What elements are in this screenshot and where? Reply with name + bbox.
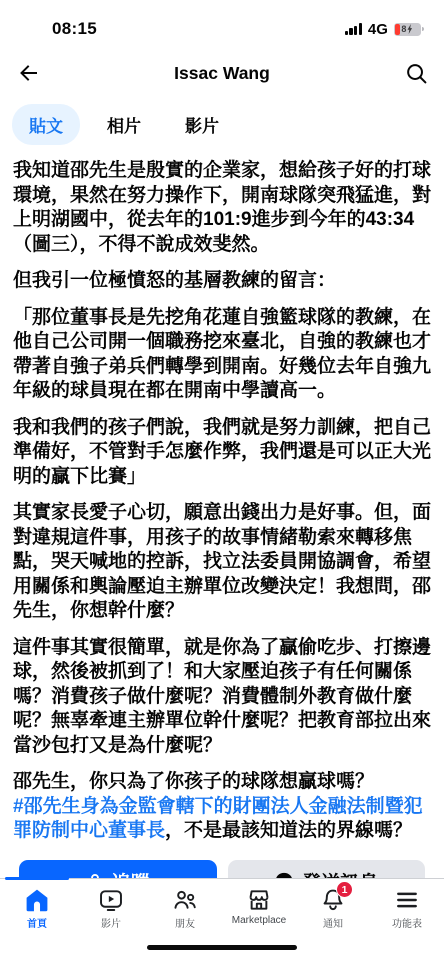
post-paragraph: 但我引一位極憤怒的基層教練的留言： [13,269,431,294]
nav-label-home: 首頁 [27,915,47,930]
nav-label-video: 影片 [101,915,121,930]
nav-label-menu: 功能表 [392,915,422,930]
home-indicator[interactable] [147,945,297,950]
post-final-paragraph: 邵先生，你只為了你孩子的球隊想贏球嗎？ #邵先生身為金監會轄下的財團法人金融法制… [13,770,431,844]
hamburger-menu-icon [394,886,421,913]
post-paragraph: 這件事其實很簡單，就是你為了贏偷吃步、打擦邊球，然後被抓到了！和大家壓迫孩子有任… [13,636,431,759]
charging-bolt-icon [407,24,413,34]
home-indicator-area [0,934,444,960]
nav-item-home[interactable]: 首頁 [0,879,74,934]
nav-label-notifications: 通知 [323,915,343,930]
nav-item-notifications[interactable]: 1 通知 [296,879,370,934]
post-paragraph: 其實家長愛子心切，願意出錢出力是好事。但，面對違規這件事，用孩子的故事情緒勒索來… [13,501,431,624]
nav-item-menu[interactable]: 功能表 [370,879,444,934]
post-body: 我知道邵先生是殷實的企業家，想給孩子好的打球環境，果然在努力操作下，開南球隊突飛… [0,153,444,844]
nav-label-marketplace: Marketplace [232,915,286,926]
status-bar: 08:15 4G 8 [0,0,444,48]
search-button[interactable] [402,59,430,87]
page-title: Issac Wang [42,63,402,84]
tab-videos[interactable]: 影片 [168,104,236,145]
post-paragraph: 我知道邵先生是殷實的企業家，想給孩子好的打球環境，果然在努力操作下，開南球隊突飛… [13,159,431,257]
bottom-nav: 首頁 影片 朋友 Marketplace 1 通知 功能表 [0,878,444,934]
battery-icon: 8 [394,23,421,36]
nav-label-friends: 朋友 [175,915,195,930]
post-paragraph: 我和我們的孩子們說，我們就是努力訓練，把自己準備好，不管對手怎麼作弊，我們還是可… [13,416,431,490]
search-icon [405,62,428,85]
battery-percent: 8 [401,24,406,34]
back-button[interactable] [14,59,42,87]
tab-photos[interactable]: 相片 [90,104,158,145]
network-type: 4G [368,21,388,38]
nav-item-video[interactable]: 影片 [74,879,148,934]
top-nav-bar: Issac Wang [0,48,444,98]
nav-item-marketplace[interactable]: Marketplace [222,879,296,934]
nav-item-friends[interactable]: 朋友 [148,879,222,934]
tab-posts[interactable]: 貼文 [12,104,80,145]
marketplace-icon [246,886,273,913]
profile-tabs: 貼文 相片 影片 [0,98,444,153]
cellular-signal-icon [345,23,362,35]
clock: 08:15 [52,19,97,39]
notification-badge: 1 [336,881,353,898]
video-play-icon [98,886,125,913]
post-closing-line: 邵先生，你只為了你孩子的球隊想贏球嗎？ [13,771,374,792]
back-arrow-icon [16,61,40,85]
home-icon [24,886,51,913]
friends-icon [172,886,199,913]
post-paragraph: 「那位董事長是先挖角花蓮自強籃球隊的教練，在他自己公司開一個職務挖來臺北，自強的… [13,306,431,404]
post-closing-tail: ，不是最該知道法的界線嗎？ [165,820,412,841]
